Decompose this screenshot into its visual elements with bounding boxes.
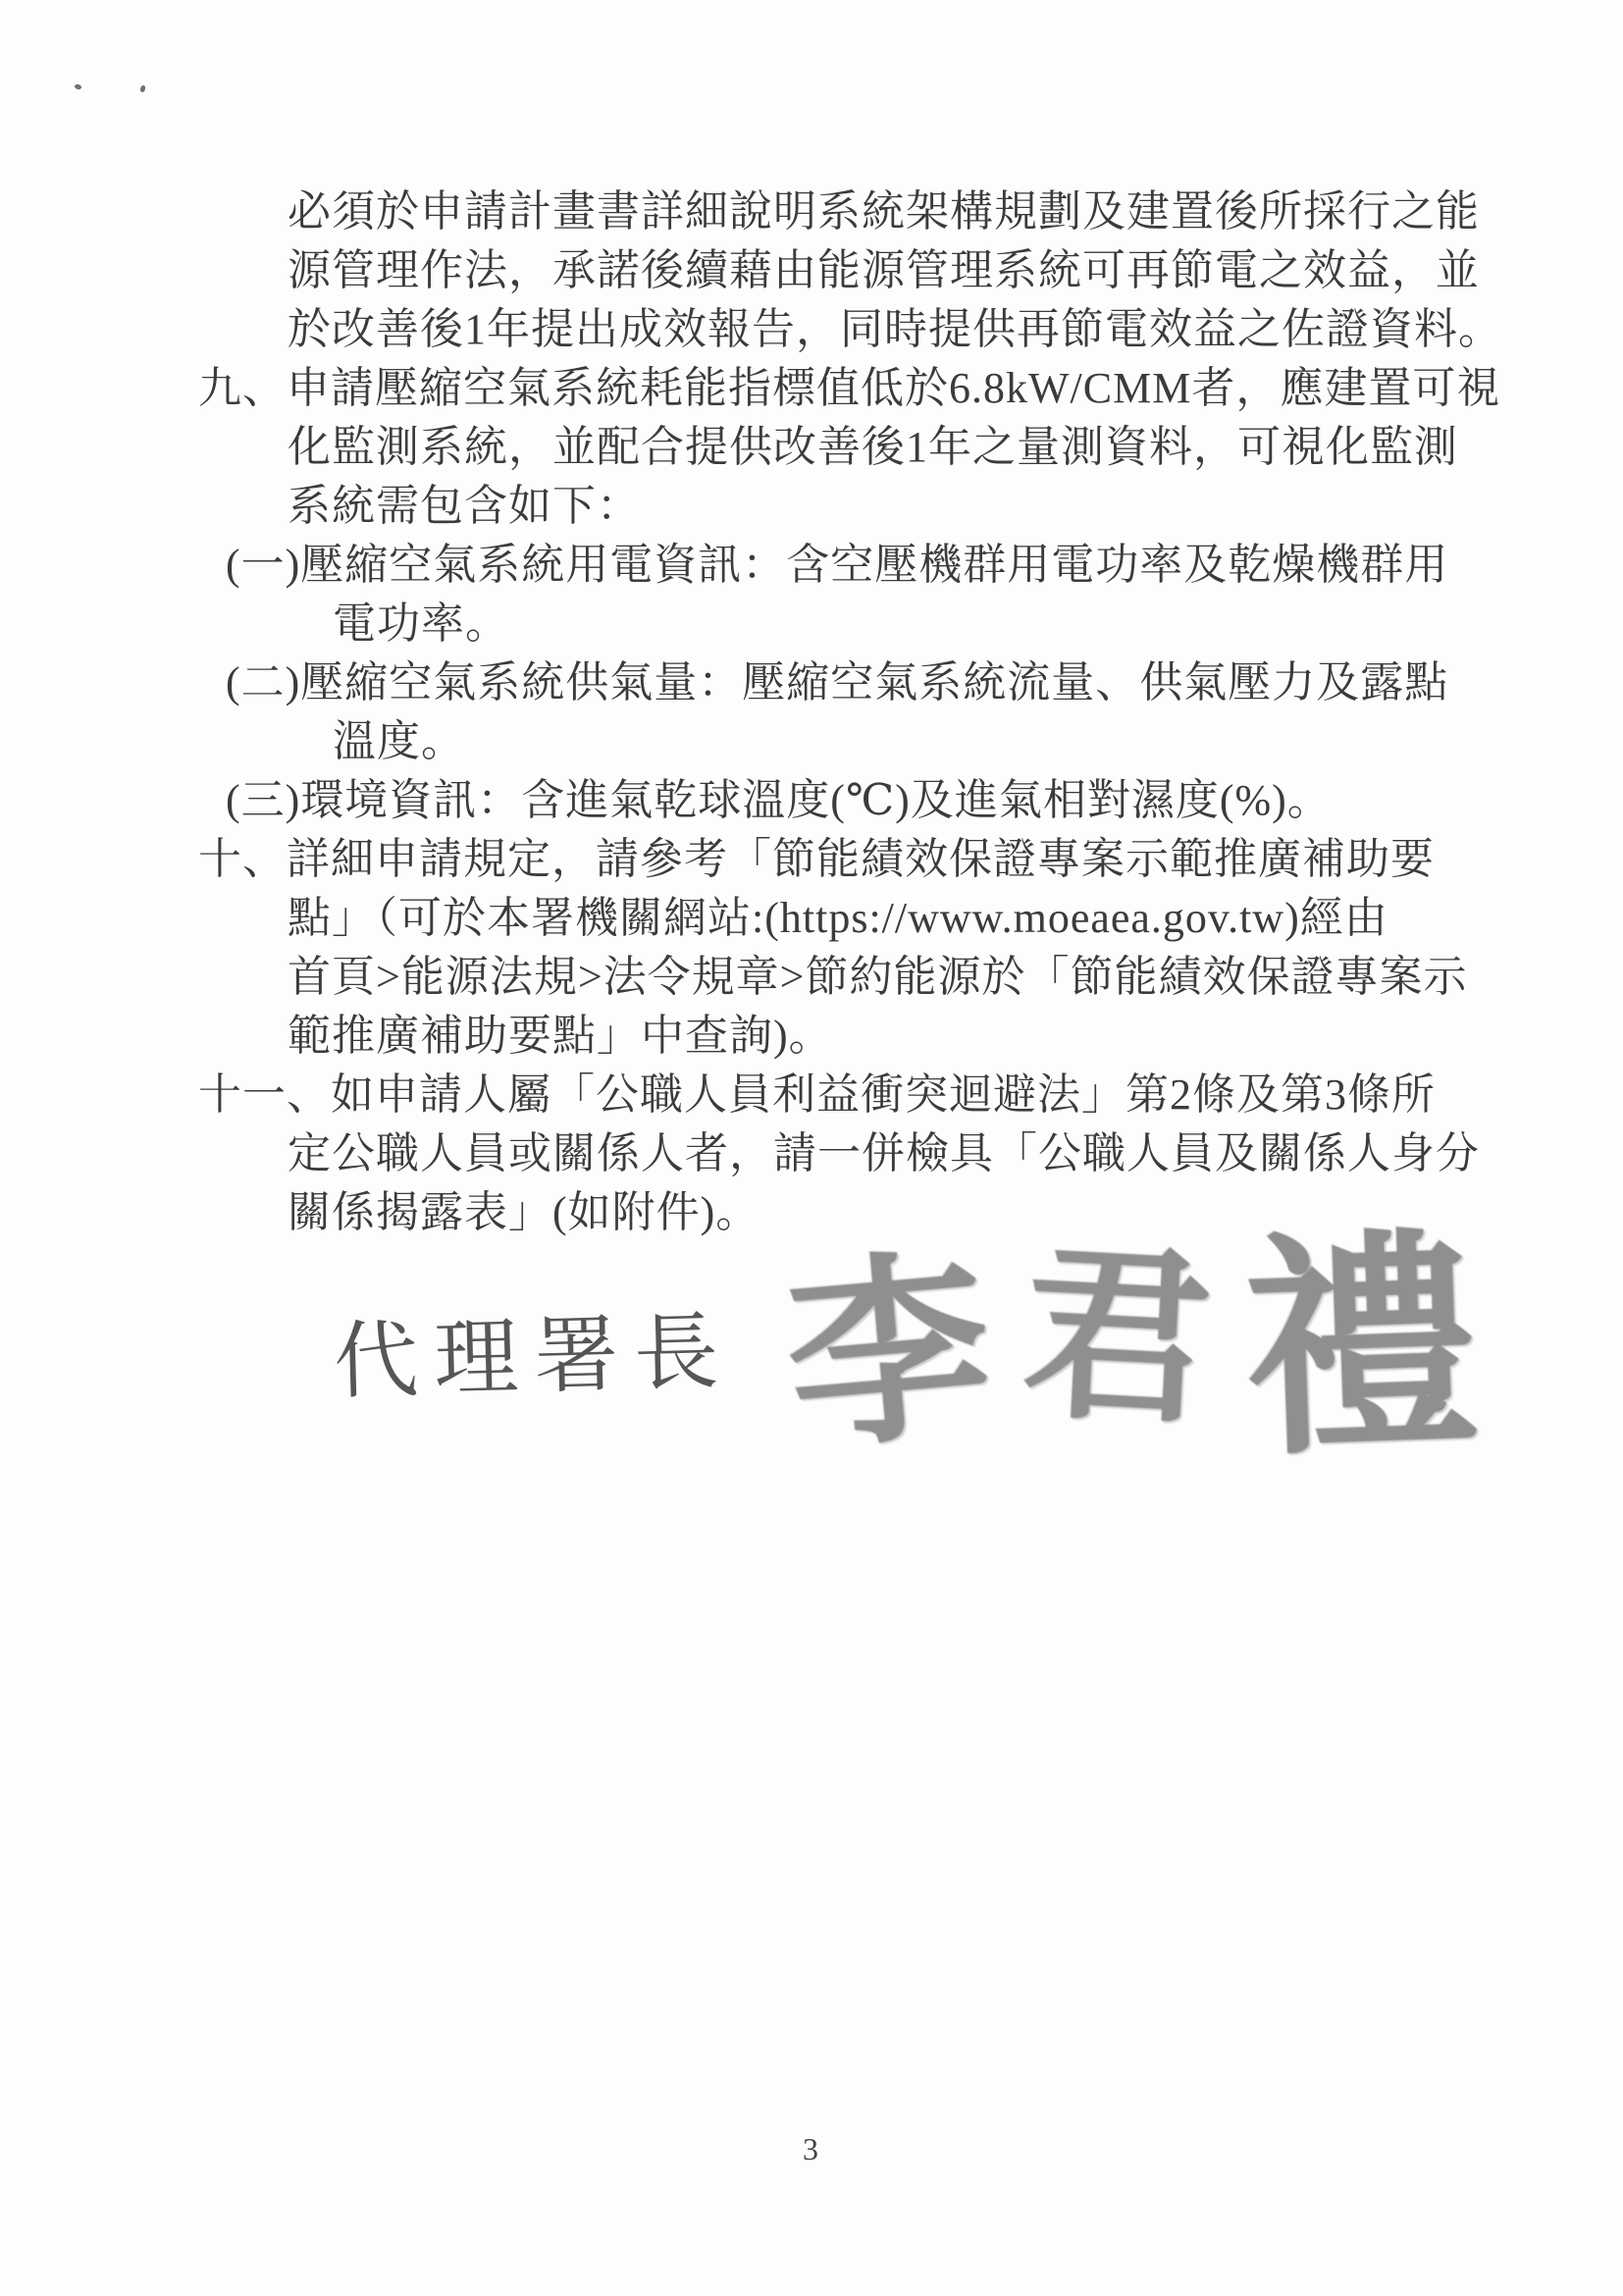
signature-name-char: 李 bbox=[780, 1246, 998, 1464]
signature-name-char: 君 bbox=[1019, 1240, 1217, 1438]
scan-speck bbox=[140, 85, 146, 93]
document-body: 必須於申請計畫書詳細說明系統架構規劃及建置後所採行之能源管理作法，承諾後續藉由能… bbox=[0, 183, 1623, 1242]
document-page: 必須於申請計畫書詳細說明系統架構規劃及建置後所採行之能源管理作法，承諾後續藉由能… bbox=[0, 0, 1623, 2296]
signature-name-char: 禮 bbox=[1240, 1230, 1482, 1472]
scan-speck bbox=[74, 83, 82, 91]
document-line: 十、詳細申請規定，請參考「節能績效保證專案示範推廣補助要 bbox=[0, 830, 1623, 889]
document-line: 溫度。 bbox=[0, 712, 1623, 771]
document-line: 於改善後1年提出成效報告，同時提供再節電效益之佐證資料。 bbox=[0, 300, 1623, 359]
document-line: 十一、如申請人屬「公職人員利益衝突迴避法」第2條及第3條所 bbox=[0, 1066, 1623, 1124]
document-line: 系統需包含如下： bbox=[0, 477, 1623, 536]
document-line: (三)環境資訊：含進氣乾球溫度(℃)及進氣相對濕度(%)。 bbox=[0, 771, 1623, 830]
page-number: 3 bbox=[803, 2131, 819, 2167]
document-line: 點」（可於本署機關網站:(https://www.moeaea.gov.tw)經… bbox=[0, 889, 1623, 948]
document-line: (一)壓縮空氣系統用電資訊：含空壓機群用電功率及乾燥機群用 bbox=[0, 536, 1623, 595]
signature-name: 李君禮 bbox=[788, 1232, 1478, 1466]
document-line: 電功率。 bbox=[0, 595, 1623, 653]
document-line: 九、申請壓縮空氣系統耗能指標值低於6.8kW/CMM者，應建置可視 bbox=[0, 359, 1623, 418]
signature-block: 代理署長 李君禮 bbox=[334, 1192, 1478, 1506]
signature-title: 代理署長 bbox=[332, 1283, 735, 1416]
document-line: 源管理作法，承諾後續藉由能源管理系統可再節電之效益，並 bbox=[0, 241, 1623, 300]
document-line: 首頁>能源法規>法令規章>節約能源於「節能績效保證專案示 bbox=[0, 948, 1623, 1007]
document-line: 定公職人員或關係人者，請一併檢具「公職人員及關係人身分 bbox=[0, 1124, 1623, 1183]
document-line: 範推廣補助要點」中查詢)。 bbox=[0, 1007, 1623, 1066]
document-line: 必須於申請計畫書詳細說明系統架構規劃及建置後所採行之能 bbox=[0, 183, 1623, 241]
document-line: (二)壓縮空氣系統供氣量：壓縮空氣系統流量、供氣壓力及露點 bbox=[0, 653, 1623, 712]
document-line: 化監測系統，並配合提供改善後1年之量測資料，可視化監測 bbox=[0, 418, 1623, 477]
